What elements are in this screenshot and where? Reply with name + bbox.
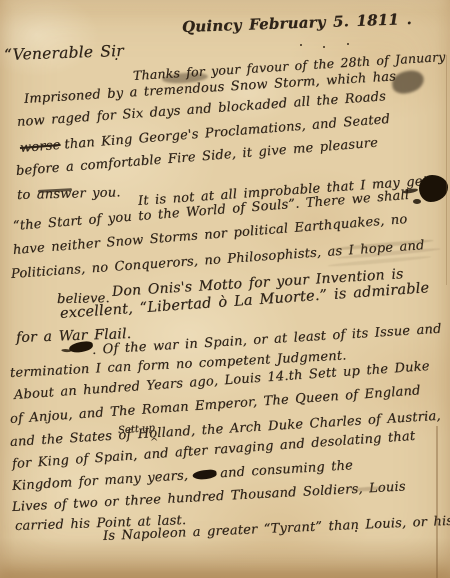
insertion-caret: ^ — [150, 437, 158, 448]
paper-edge-line — [446, 55, 447, 285]
ink-blot-after-years — [192, 469, 217, 481]
salutation: “Venerable Sir — [4, 42, 124, 64]
ink-speck — [323, 46, 325, 48]
ink-blot-right-margin — [419, 175, 448, 202]
ink-dot-after-salutation: · — [114, 50, 119, 68]
crossed-out-word: worse — [19, 138, 61, 156]
line-text: Kingdom for many years, — [12, 468, 189, 494]
ink-speck — [347, 43, 349, 45]
ink-speck — [300, 44, 302, 46]
line-text: and consuming the — [220, 458, 354, 481]
ink-speck — [355, 530, 357, 532]
letter-page: Quincy February 5. 1811 . “Venerable Sir… — [0, 0, 450, 578]
dateline: Quincy February 5. 1811 . — [182, 10, 412, 36]
fold-crease — [436, 426, 438, 578]
